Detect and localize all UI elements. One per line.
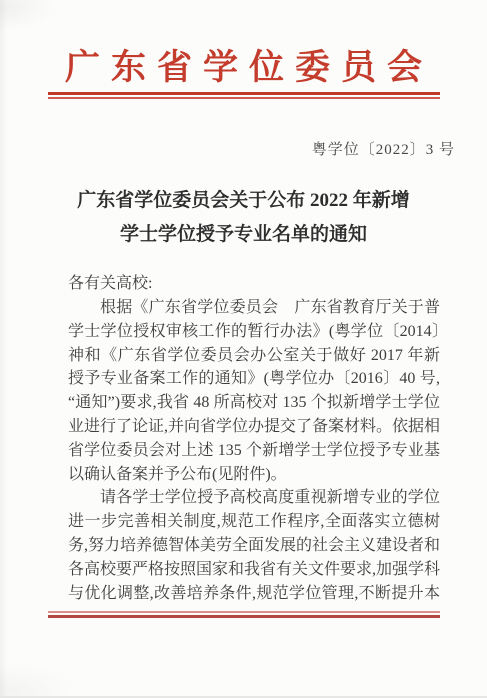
footer-double-rule [48, 611, 440, 618]
document-title: 广东省学位委员会关于公布 2022 年新增 学士学位授予专业名单的通知 [0, 184, 487, 252]
body-line: 业进行了论证,并向省学位办提交了备案材料。依据相关程序, [68, 415, 440, 439]
body-line: 务,努力培养德智体美劳全面发展的社会主义建设者和接班人。 [68, 534, 440, 558]
letterhead-org-name: 广东省学位委员会 [0, 40, 487, 90]
body-line: 根据《广东省学位委员会 广东省教育厅关于普通高等学校 [68, 296, 440, 320]
doc-number: 粤学位〔2022〕3 号 [312, 138, 455, 159]
body-line: 请各学士学位授予高校高度重视新增专业的学位审核工作, [68, 486, 440, 510]
body-line: 进一步完善相关制度,规范工作程序,全面落实立德树人根本任 [68, 510, 440, 534]
title-line-2: 学士学位授予专业名单的通知 [0, 218, 487, 252]
body-line: 学士学位授权审核工作的暂行办法》(粤学位〔2014〕2 号)精 [68, 320, 440, 344]
title-line-1: 广东省学位委员会关于公布 2022 年新增 [0, 184, 487, 218]
body-line: “通知”)要求,我省 48 所高校对 135 个拟新增学士学位授予专 [68, 391, 440, 415]
salutation: 各有关高校: [68, 270, 152, 293]
body-line: 神和《广东省学位委员会办公室关于做好 2017 年新增学士学位 [68, 344, 440, 368]
body-text: 根据《广东省学位委员会 广东省教育厅关于普通高等学校 学士学位授权审核工作的暂行… [68, 296, 440, 605]
document-page: 广东省学位委员会 粤学位〔2022〕3 号 广东省学位委员会关于公布 2022 … [0, 0, 487, 698]
body-line: 授予专业备案工作的通知》(粤学位办〔2016〕40 号,以下简称 [68, 367, 440, 391]
body-line: 与优化调整,改善培养条件,规范学位管理,不断提升本科教育 [68, 582, 440, 606]
letterhead-double-rule [48, 92, 440, 99]
body-line: 省学位委员会对上述 135 个新增学士学位授予专业基本信息予 [68, 439, 440, 463]
body-line: 各高校要严格按照国家和我省有关文件要求,加强学科专业建设 [68, 558, 440, 582]
body-line: 以确认备案并予公布(见附件)。 [68, 463, 440, 487]
